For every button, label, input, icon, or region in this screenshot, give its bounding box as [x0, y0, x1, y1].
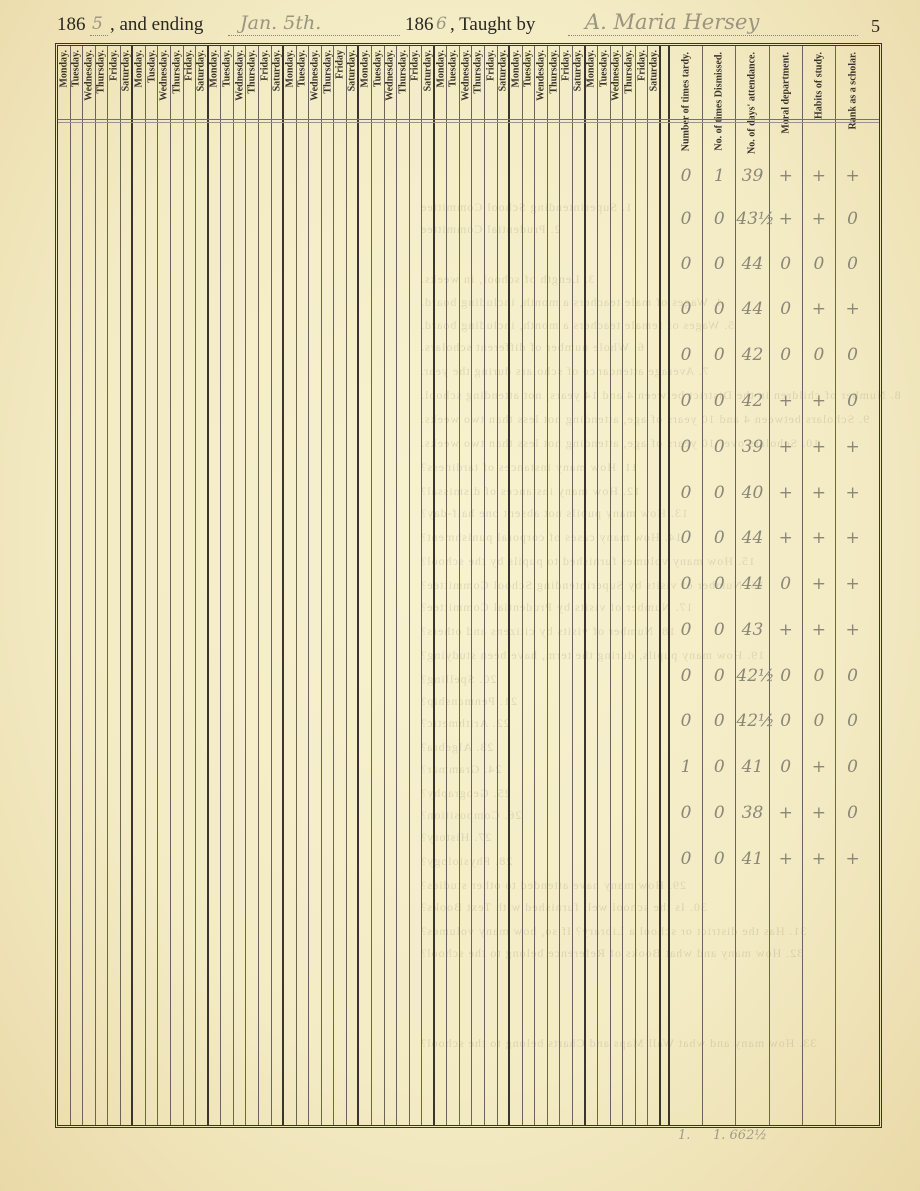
day-column: Tuesday.: [221, 46, 234, 1125]
cell-habits: 0: [803, 666, 835, 686]
day-column: Saturday.: [347, 46, 360, 1125]
day-column: Friday.: [485, 46, 498, 1125]
day-column-label: Saturday.: [196, 50, 207, 91]
day-column-label: Saturday.: [573, 50, 584, 91]
cell-tardy: 0: [670, 620, 702, 640]
register-columns: Monday.Tuesday.Wednesday.Thursday.Friday…: [58, 46, 879, 1125]
day-column-label: Friday.: [410, 50, 421, 81]
day-column-label: Thursday.: [548, 50, 559, 94]
cell-habits: 0: [803, 711, 835, 731]
cell-moral: 0: [770, 757, 802, 777]
cell-attendance: 43½: [736, 209, 768, 229]
cell-moral: 0: [770, 299, 802, 319]
cell-moral: +: [770, 483, 802, 503]
day-column: Friday.: [184, 46, 197, 1125]
day-column: Saturday.: [422, 46, 435, 1125]
cell-moral: +: [770, 391, 802, 411]
day-column: Monday.: [58, 46, 71, 1125]
header-divider: [58, 119, 879, 120]
cell-rank: +: [836, 437, 869, 457]
cell-dismissed: 0: [703, 849, 735, 869]
cell-moral: +: [770, 803, 802, 823]
cell-rank: 0: [836, 209, 869, 229]
cell-tardy: 0: [670, 345, 702, 365]
day-column: Tuesday.: [598, 46, 611, 1125]
cell-dismissed: 1: [703, 166, 735, 186]
day-column-label: Friday.: [485, 50, 496, 81]
cell-dismissed: 0: [703, 299, 735, 319]
day-column: Monday.: [586, 46, 599, 1125]
day-column: Saturday.: [272, 46, 285, 1125]
cell-rank: +: [836, 574, 869, 594]
day-column: Monday.: [209, 46, 222, 1125]
day-column-label: Saturday.: [271, 50, 282, 91]
day-column-label: Friday.: [561, 50, 572, 81]
day-column: Saturday.: [196, 46, 209, 1125]
and-ending-label: , and ending: [110, 14, 203, 36]
day-column-label: Tuesday.: [372, 50, 383, 87]
day-column-label: Wednesday.: [234, 50, 245, 101]
cell-attendance: 44: [736, 574, 768, 594]
summary-column-label: No. of times Dismissed.: [714, 52, 725, 151]
day-column: Wednesday.: [611, 46, 624, 1125]
day-column: Wednesday.: [460, 46, 473, 1125]
total-tardy: 1.: [678, 1128, 690, 1143]
cell-attendance: 42½: [736, 711, 768, 731]
day-column-label: Tuesday.: [523, 50, 534, 87]
cell-tardy: 0: [670, 166, 702, 186]
year-start-handwritten: 5: [92, 14, 103, 34]
cell-moral: +: [770, 620, 802, 640]
cell-habits: +: [803, 849, 835, 869]
summary-column-moral: Moral department.++000++++0+000++: [770, 46, 803, 1125]
cell-habits: +: [803, 528, 835, 548]
day-column: Friday.: [108, 46, 121, 1125]
day-column: Thursday.: [246, 46, 259, 1125]
day-column-label: Thursday.: [397, 50, 408, 94]
cell-moral: 0: [770, 711, 802, 731]
cell-habits: 0: [803, 254, 835, 274]
summary-column-label: Rank as a scholar.: [847, 52, 858, 129]
day-column-label: Thursday.: [322, 50, 333, 94]
day-column-label: Tuesday.: [448, 50, 459, 87]
day-column-label: Friday.: [109, 50, 120, 81]
cell-moral: 0: [770, 574, 802, 594]
cell-tardy: 0: [670, 437, 702, 457]
day-column-label: Wednesday.: [83, 50, 94, 101]
ending-date-handwritten: Jan. 5th.: [240, 12, 321, 34]
cell-tardy: 1: [670, 757, 702, 777]
cell-habits: +: [803, 483, 835, 503]
cell-rank: 0: [836, 757, 869, 777]
day-column: Friday.: [560, 46, 573, 1125]
cell-rank: +: [836, 528, 869, 548]
cell-dismissed: 0: [703, 757, 735, 777]
cell-attendance: 44: [736, 528, 768, 548]
cell-moral: 0: [770, 345, 802, 365]
cell-attendance: 44: [736, 299, 768, 319]
day-column: Monday.: [435, 46, 448, 1125]
day-column-label: Tuesday.: [222, 50, 233, 87]
cell-dismissed: 0: [703, 209, 735, 229]
day-column-label: Thursday.: [171, 50, 182, 94]
cell-habits: +: [803, 803, 835, 823]
cell-rank: 0: [836, 345, 869, 365]
cell-attendance: 41: [736, 849, 768, 869]
day-column: Thursday.: [623, 46, 636, 1125]
day-column-label: Wendesday.: [536, 50, 547, 101]
cell-rank: 0: [836, 666, 869, 686]
summary-column-label: Number of times tardy.: [681, 52, 692, 151]
day-column: Thursday.: [397, 46, 410, 1125]
day-column: Friday.: [259, 46, 272, 1125]
summary-column-label: No. of days' attendance.: [747, 52, 758, 154]
cell-dismissed: 0: [703, 620, 735, 640]
day-column-label: Saturday.: [422, 50, 433, 91]
cell-dismissed: 0: [703, 483, 735, 503]
day-column: Saturday.: [648, 46, 661, 1125]
day-column-label: Saturday.: [121, 50, 132, 91]
year-end-prefix: 186: [405, 14, 434, 36]
cell-dismissed: 0: [703, 711, 735, 731]
day-column: Friday.: [636, 46, 649, 1125]
cell-rank: +: [836, 299, 869, 319]
cell-attendance: 41: [736, 757, 768, 777]
summary-column-attendance: No. of days' attendance.3943½44444242394…: [736, 46, 769, 1125]
day-column: Monday.: [359, 46, 372, 1125]
cell-tardy: 0: [670, 849, 702, 869]
day-column: Tusday.: [146, 46, 159, 1125]
day-column: Thursday.: [472, 46, 485, 1125]
day-column-label: Friday.: [636, 50, 647, 81]
cell-moral: 0: [770, 666, 802, 686]
day-column: Friday.: [410, 46, 423, 1125]
day-column-label: Friday.: [259, 50, 270, 81]
taught-by-label: , Taught by: [450, 14, 535, 36]
summary-column-dismissed: No. of times Dismissed.1000000000000000: [703, 46, 736, 1125]
cell-tardy: 0: [670, 483, 702, 503]
cell-tardy: 0: [670, 711, 702, 731]
day-column-label: Wednesday.: [611, 50, 622, 101]
day-column-label: Saturday.: [497, 50, 508, 91]
day-column-label: Monday.: [586, 50, 597, 88]
cell-moral: 0: [770, 254, 802, 274]
day-column-label: Wednesday.: [385, 50, 396, 101]
cell-tardy: 0: [670, 391, 702, 411]
day-column: Thursday.: [171, 46, 184, 1125]
cell-habits: +: [803, 299, 835, 319]
cell-habits: +: [803, 437, 835, 457]
cell-rank: 0: [836, 254, 869, 274]
cell-moral: +: [770, 209, 802, 229]
day-column-label: Tuesday.: [71, 50, 82, 87]
cell-moral: +: [770, 437, 802, 457]
day-column-label: Tuesday.: [297, 50, 308, 87]
cell-moral: +: [770, 528, 802, 548]
cell-dismissed: 0: [703, 803, 735, 823]
cell-tardy: 0: [670, 528, 702, 548]
cell-tardy: 0: [670, 254, 702, 274]
cell-tardy: 0: [670, 299, 702, 319]
day-column: Tuesday.: [372, 46, 385, 1125]
day-column: Tuesday.: [71, 46, 84, 1125]
day-column-label: Friday.: [184, 50, 195, 81]
cell-dismissed: 0: [703, 574, 735, 594]
day-column: Monday.: [510, 46, 523, 1125]
summary-column-rank: Rank as a scholar.+00+00+++++0000+: [836, 46, 869, 1125]
day-column: Thursday.: [548, 46, 561, 1125]
cell-rank: 0: [836, 803, 869, 823]
day-column: Friday: [334, 46, 347, 1125]
day-column: Wednesday.: [309, 46, 322, 1125]
cell-habits: +: [803, 166, 835, 186]
cell-attendance: 40: [736, 483, 768, 503]
day-column: Monday.: [284, 46, 297, 1125]
cell-tardy: 0: [670, 803, 702, 823]
day-column-label: Wednesday.: [460, 50, 471, 101]
attendance-register-table: Monday.Tuesday.Wednesday.Thursday.Friday…: [55, 43, 882, 1128]
cell-tardy: 0: [670, 574, 702, 594]
day-column: Thursday.: [322, 46, 335, 1125]
cell-attendance: 44: [736, 254, 768, 274]
day-column: Tuesday.: [523, 46, 536, 1125]
cell-rank: 0: [836, 391, 869, 411]
header-divider-secondary: [58, 122, 879, 123]
summary-column-label: Habits of study.: [813, 52, 824, 119]
page-number: 5: [871, 16, 880, 37]
day-column-label: Monday.: [209, 50, 220, 88]
cell-attendance: 39: [736, 437, 768, 457]
day-column-label: Monday.: [360, 50, 371, 88]
cell-rank: +: [836, 166, 869, 186]
teacher-name-handwritten: A. Maria Hersey: [585, 10, 759, 34]
cell-habits: +: [803, 757, 835, 777]
cell-dismissed: 0: [703, 528, 735, 548]
cell-habits: +: [803, 209, 835, 229]
cell-dismissed: 0: [703, 391, 735, 411]
cell-rank: 0: [836, 711, 869, 731]
day-column: Saturday.: [498, 46, 511, 1125]
register-header: 186 5 , and ending Jan. 5th. 186 6 , Tau…: [0, 0, 920, 44]
day-column: Thursday.: [96, 46, 109, 1125]
summary-column-habits: Habits of study.++0+0++++++00+++: [803, 46, 836, 1125]
cell-moral: +: [770, 166, 802, 186]
cell-attendance: 43: [736, 620, 768, 640]
cell-habits: +: [803, 620, 835, 640]
day-column-label: Tuesday.: [598, 50, 609, 87]
day-column-label: Thursday.: [247, 50, 258, 94]
day-column: Saturday.: [121, 46, 134, 1125]
cell-attendance: 39: [736, 166, 768, 186]
cell-dismissed: 0: [703, 666, 735, 686]
cell-dismissed: 0: [703, 437, 735, 457]
cell-habits: +: [803, 574, 835, 594]
cell-rank: +: [836, 620, 869, 640]
cell-attendance: 42: [736, 345, 768, 365]
day-column: Wednesday.: [234, 46, 247, 1125]
day-column: Tuesday.: [297, 46, 310, 1125]
day-column-label: Monday.: [510, 50, 521, 88]
cell-tardy: 0: [670, 666, 702, 686]
day-column: Tuesday.: [447, 46, 460, 1125]
grid-separator: [668, 46, 670, 1125]
cell-habits: 0: [803, 345, 835, 365]
day-column: Wendesday.: [535, 46, 548, 1125]
day-column-label: Thursday.: [96, 50, 107, 94]
day-column: Saturday.: [573, 46, 586, 1125]
summary-column-tardy: Number of times tardy.0000000000000100: [670, 46, 703, 1125]
cell-dismissed: 0: [703, 254, 735, 274]
total-dismissed-attendance: 1. 662½: [713, 1128, 767, 1143]
day-column-label: Monday.: [58, 50, 69, 88]
day-column-label: Wednesday.: [309, 50, 320, 101]
cell-dismissed: 0: [703, 345, 735, 365]
day-column-label: Thursday.: [473, 50, 484, 94]
day-column: Wednesday.: [385, 46, 398, 1125]
cell-attendance: 42½: [736, 666, 768, 686]
cell-attendance: 42: [736, 391, 768, 411]
day-column: Wednesday.: [158, 46, 171, 1125]
day-column-label: Friday: [335, 50, 346, 79]
cell-attendance: 38: [736, 803, 768, 823]
day-column-label: Wednesday.: [159, 50, 170, 101]
day-column-label: Tusday.: [146, 50, 157, 83]
cell-moral: +: [770, 849, 802, 869]
year-start-prefix: 186: [57, 14, 86, 36]
day-column-label: Monday.: [284, 50, 295, 88]
year-end-handwritten: 6: [436, 14, 447, 34]
day-column-label: Saturday.: [648, 50, 659, 91]
day-column-label: Thursday.: [623, 50, 634, 94]
cell-rank: +: [836, 849, 869, 869]
day-column-label: Saturday.: [347, 50, 358, 91]
cell-habits: +: [803, 391, 835, 411]
cell-tardy: 0: [670, 209, 702, 229]
day-column: Wednesday.: [83, 46, 96, 1125]
cell-rank: +: [836, 483, 869, 503]
day-column-label: Monday.: [435, 50, 446, 88]
day-column-label: Monday.: [134, 50, 145, 88]
day-column: Monday.: [133, 46, 146, 1125]
